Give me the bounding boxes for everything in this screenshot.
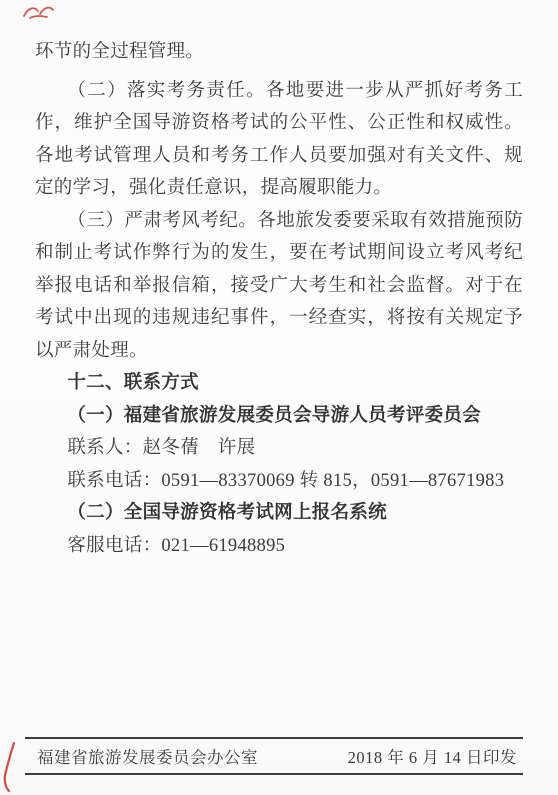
red-pen-mark-icon (0, 741, 18, 793)
paragraph: （三）严肃考风考纪。各地旅发委要采取有效措施预防和制止考试作弊行为的发生，要在考… (35, 205, 523, 368)
subsection-heading: （二）全国导游资格考试网上报名系统 (35, 497, 523, 530)
section-heading: 十二、联系方式 (35, 367, 523, 400)
contact-person-line: 联系人：赵冬蒨 许展 (35, 432, 523, 465)
paragraph-continuation: 环节的全过程管理。 (35, 36, 523, 69)
paragraph: （二）落实考务责任。各地要进一步从严抓好考务工作，维护全国导游资格考试的公平性、… (35, 75, 523, 205)
scanned-document-page: 环节的全过程管理。 （二）落实考务责任。各地要进一步从严抓好考务工作，维护全国导… (0, 0, 558, 795)
red-pen-mark-icon (20, 2, 56, 22)
document-body: 环节的全过程管理。 （二）落实考务责任。各地要进一步从严抓好考务工作，维护全国导… (35, 36, 523, 562)
service-phone-line: 客服电话：021—61948895 (35, 530, 523, 563)
contact-phone-line: 联系电话：0591—83370069 转 815，0591—87671983 (35, 465, 523, 498)
document-footer: 福建省旅游发展委员会办公室 2018 年 6 月 14 日印发 (25, 737, 523, 775)
subsection-heading: （一）福建省旅游发展委员会导游人员考评委员会 (35, 400, 523, 433)
footer-issuer: 福建省旅游发展委员会办公室 (37, 744, 258, 768)
footer-print-date: 2018 年 6 月 14 日印发 (348, 744, 517, 768)
